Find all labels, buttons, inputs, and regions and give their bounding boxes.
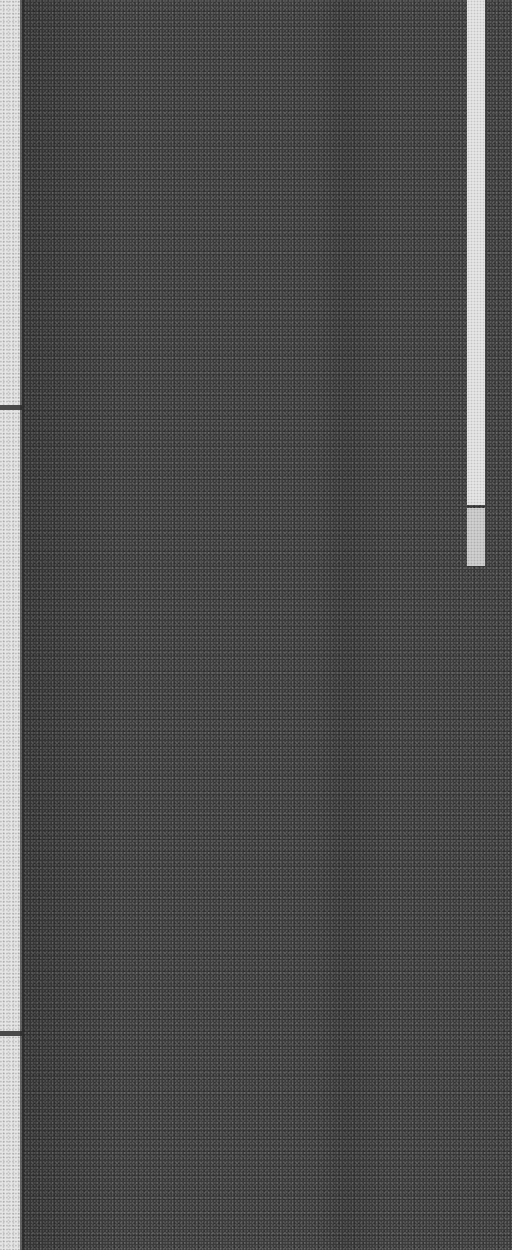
lane-line [467,0,485,505]
asphalt-shading [22,0,512,1250]
road-scene [0,0,512,1250]
curb [0,0,22,1250]
curb-edge [20,0,24,1250]
lane-line-end [467,508,485,566]
